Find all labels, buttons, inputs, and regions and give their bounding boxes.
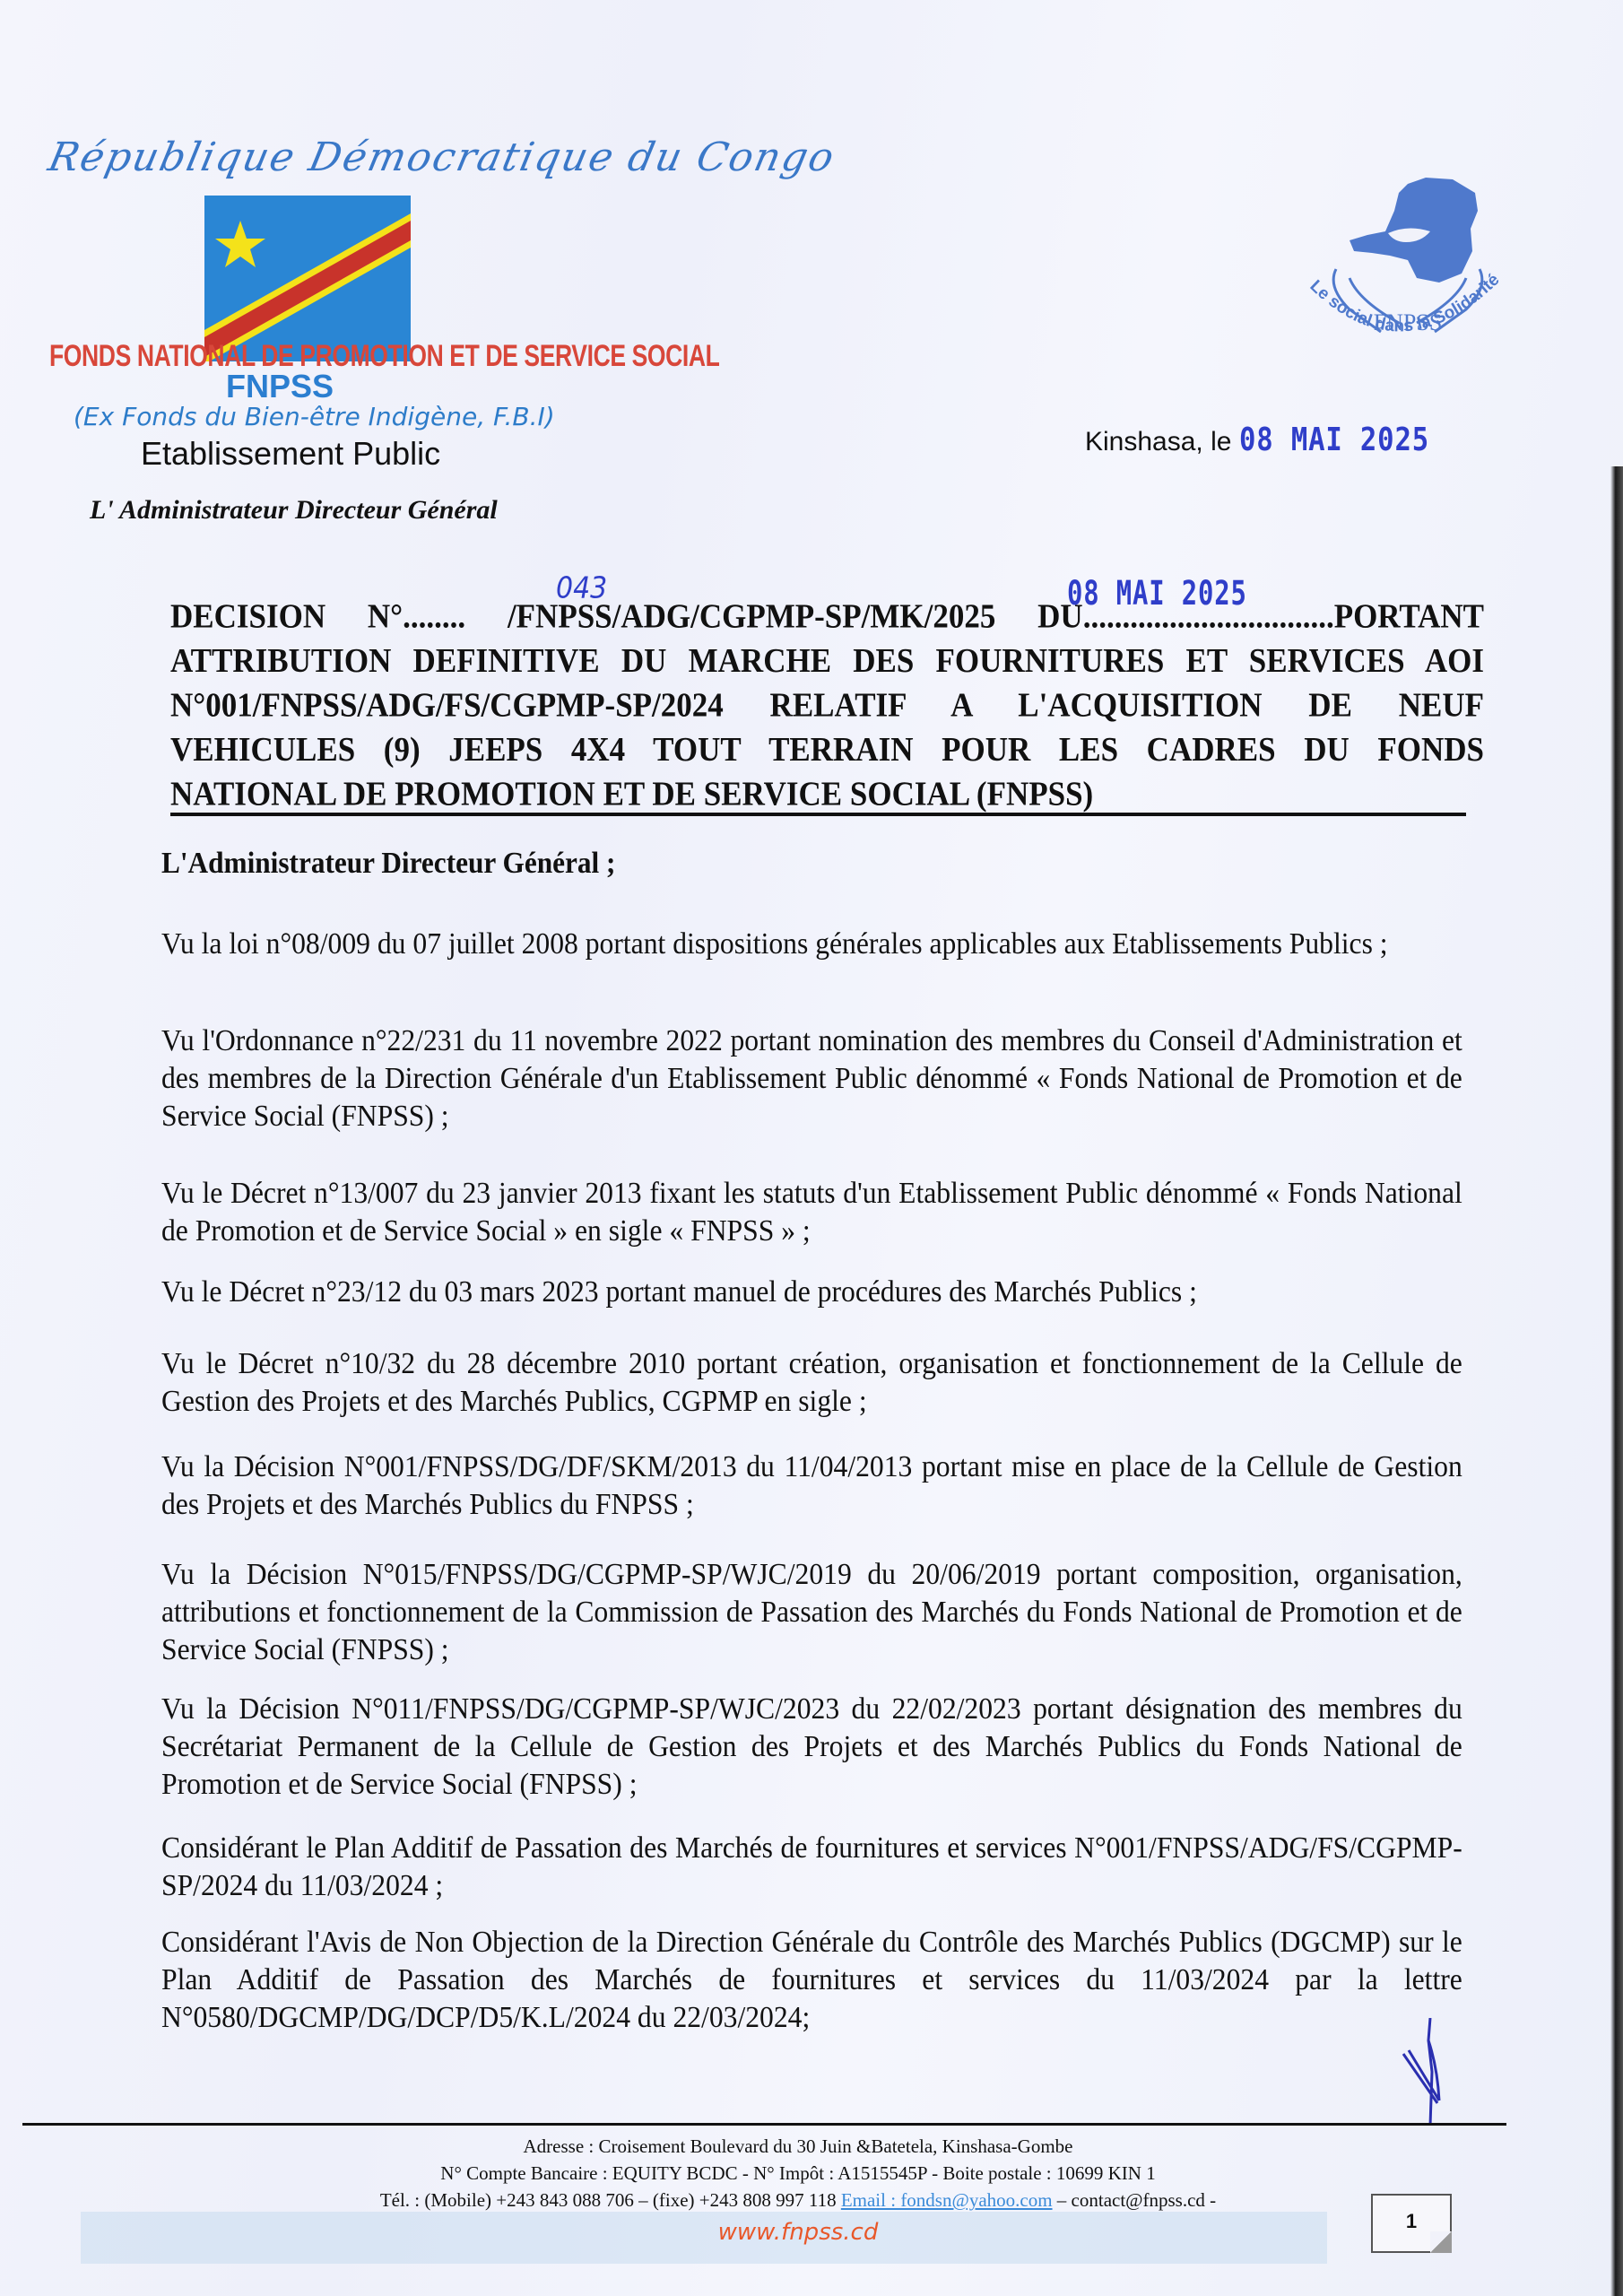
decision-line: ATTRIBUTION DEFINITIVE DU MARCHE DES FOU… <box>170 639 1484 683</box>
page-number: 1 <box>1406 2210 1417 2232</box>
decision-line: NATIONAL DE PROMOTION ET DE SERVICE SOCI… <box>170 771 1484 816</box>
decision-line: N°001/FNPSS/ADG/FS/CGPMP-SP/2024 RELATIF… <box>170 683 1484 727</box>
footer-phones: Tél. : (Mobile) +243 843 088 706 – (fixe… <box>380 2189 841 2211</box>
organization-status: Etablissement Public <box>141 435 440 473</box>
paragraph: Considérant l'Avis de Non Objection de l… <box>161 1924 1462 2037</box>
date-stamp: 08 MAI 2025 <box>1239 422 1429 458</box>
paragraph: Vu le Décret n°13/007 du 23 janvier 2013… <box>161 1175 1462 1250</box>
website-link[interactable]: www.fnpss.cd <box>296 2219 1300 2246</box>
paragraph: Vu la Décision N°011/FNPSS/DG/CGPMP-SP/W… <box>161 1691 1462 1804</box>
paragraph: Vu le Décret n°23/12 du 03 mars 2023 por… <box>161 1274 1462 1311</box>
decision-line: VEHICULES (9) JEEPS 4X4 TOUT TERRAIN POU… <box>170 727 1484 772</box>
footer-bank-info: N° Compte Bancaire : EQUITY BCDC - N° Im… <box>296 2160 1300 2187</box>
footer-address: Adresse : Croisement Boulevard du 30 Jui… <box>296 2133 1300 2160</box>
handwritten-decision-number: 043 <box>556 566 607 611</box>
drc-map-hands-icon: FNPSS Le social dans la Solidarité <box>1273 108 1542 350</box>
page-number-badge: 1 <box>1371 2194 1452 2253</box>
signature-mark <box>1394 2018 1466 2135</box>
former-name: (Ex Fonds du Bien-être Indigène, F.B.I) <box>74 402 555 431</box>
paragraph: Vu le Décret n°10/32 du 28 décembre 2010… <box>161 1345 1462 1421</box>
document-page: République Démocratique du Congo FONDS N… <box>0 0 1623 2296</box>
footer-contact-email: – contact@fnpss.cd - <box>1053 2189 1217 2211</box>
footer-phone-email: Tél. : (Mobile) +243 843 088 706 – (fixe… <box>296 2187 1300 2213</box>
body-heading: L'Administrateur Directeur Général ; <box>161 847 615 881</box>
signatory-title: L' Administrateur Directeur Général <box>90 495 498 526</box>
paragraph: Vu la loi n°08/009 du 07 juillet 2008 po… <box>161 926 1462 963</box>
paragraph: Vu la Décision N°001/FNPSS/DG/DF/SKM/201… <box>161 1448 1462 1524</box>
svg-text:Le social dans la Solidarité: Le social dans la Solidarité <box>1306 270 1504 335</box>
scan-edge <box>1610 466 1623 2296</box>
republic-heading: République Démocratique du Congo <box>45 135 647 180</box>
title-underline <box>170 813 1466 816</box>
decision-title: 043 08 MAI 2025 DECISION N°........ /FNP… <box>170 594 1484 816</box>
city-prefix: Kinshasa, le <box>1085 427 1231 457</box>
footer-contact: Adresse : Croisement Boulevard du 30 Jui… <box>296 2133 1300 2213</box>
organization-acronym: FNPSS <box>226 368 334 405</box>
footer-divider <box>22 2123 1506 2126</box>
paragraph: Vu l'Ordonnance n°22/231 du 11 novembre … <box>161 1022 1462 1135</box>
drc-flag-icon <box>204 196 411 361</box>
page-fold-icon <box>1430 2231 1452 2253</box>
paragraph: Vu la Décision N°015/FNPSS/DG/CGPMP-SP/W… <box>161 1556 1462 1669</box>
paragraph: Considérant le Plan Additif de Passation… <box>161 1830 1462 1905</box>
city-date: Kinshasa, le 08 MAI 2025 <box>1085 422 1462 458</box>
email-link[interactable]: Email : fondsn@yahoo.com <box>841 2189 1053 2211</box>
decision-line: DECISION N°........ /FNPSS/ADG/CGPMP-SP/… <box>170 594 1484 639</box>
decision-date-stamp: 08 MAI 2025 <box>1067 572 1247 617</box>
